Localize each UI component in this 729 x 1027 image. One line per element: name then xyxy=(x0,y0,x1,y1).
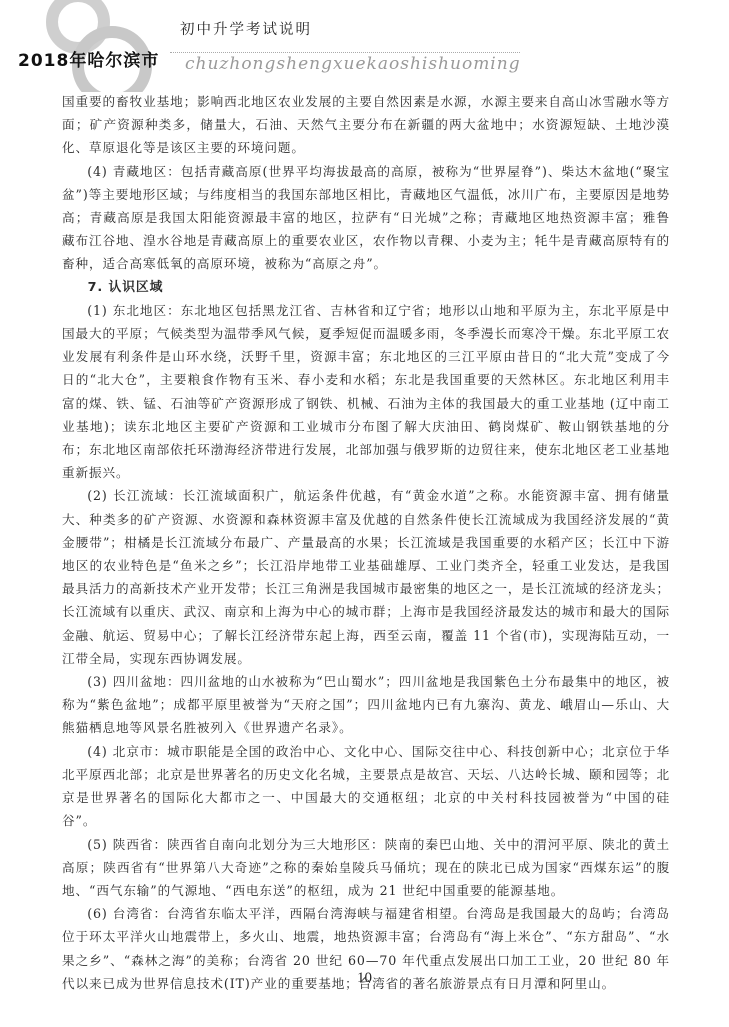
paragraph-shaanxi: (5) 陕西省：陕西省自南向北划分为三大地形区：陕南的秦巴山地、关中的渭河平原、… xyxy=(62,833,670,903)
header-divider xyxy=(170,52,520,53)
paragraph-yangtze: (2) 长江流域：长江流域面积广，航运条件优越，有“黄金水道”之称。水能资源丰富… xyxy=(62,484,670,670)
paragraph-northeast: (1) 东北地区：东北地区包括黑龙江省、吉林省和辽宁省；地形以山地和平原为主，东… xyxy=(62,299,670,485)
document-body: 国重要的畜牧业基地；影响西北地区农业发展的主要自然因素是水源，水源主要来自高山冰… xyxy=(62,90,670,995)
section-heading: 7. 认识区域 xyxy=(62,276,670,299)
paragraph-qinghai-tibet: (4) 青藏地区：包括青藏高原(世界平均海拔最高的高原，被称为“世界屋脊”)、柴… xyxy=(62,160,670,276)
pinyin-subtitle: chuzhongshengxuekaoshishuoming xyxy=(185,54,521,74)
paragraph-beijing: (4) 北京市：城市职能是全国的政治中心、文化中心、国际交往中心、科技创新中心；… xyxy=(62,740,670,833)
page-number: 10 xyxy=(0,970,729,987)
book-title: 初中升学考试说明 xyxy=(180,18,312,39)
year-title: 2018年哈尔滨市 xyxy=(18,46,159,71)
paragraph-sichuan: (3) 四川盆地：四川盆地的山水被称为“巴山蜀水”；四川盆地是我国紫色土分布最集… xyxy=(62,670,670,740)
intro-paragraph: 国重要的畜牧业基地；影响西北地区农业发展的主要自然因素是水源，水源主要来自高山冰… xyxy=(62,90,670,160)
